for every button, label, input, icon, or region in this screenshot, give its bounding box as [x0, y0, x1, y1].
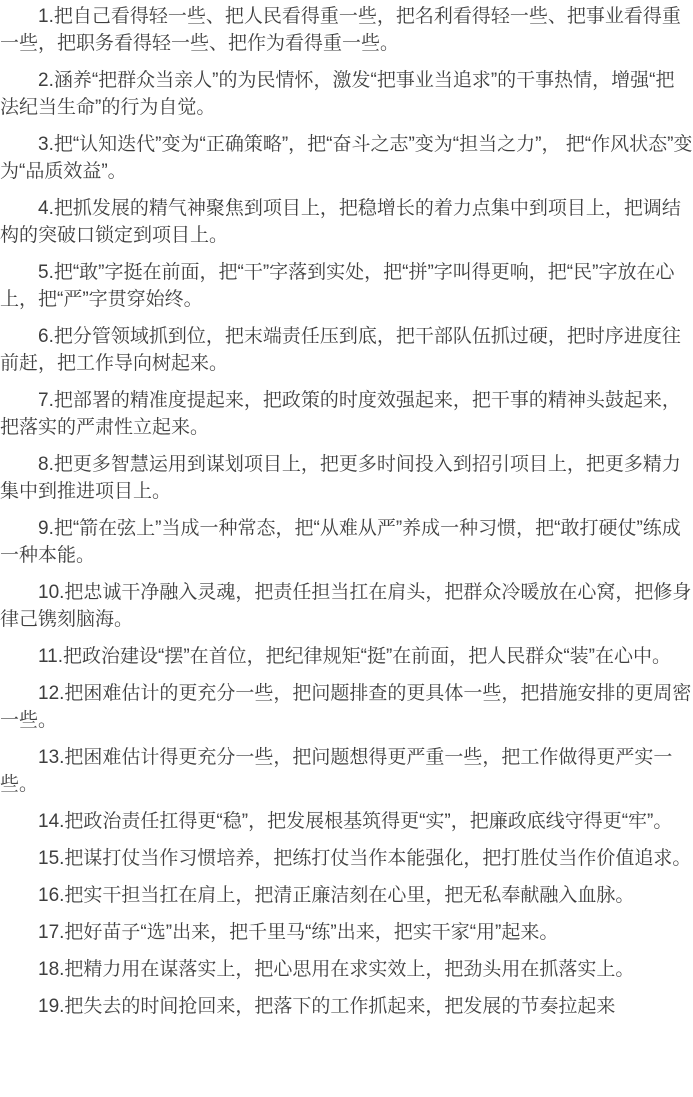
- paragraph: 2.涵养“把群众当亲人”的为民情怀，激发“把事业当追求”的干事热情，增强“把法纪…: [0, 67, 693, 121]
- paragraph: 15.把谋打仗当作习惯培养，把练打仗当作本能强化，把打胜仗当作价值追求。: [0, 845, 693, 872]
- paragraph: 1.把自己看得轻一些、把人民看得重一些，把名利看得轻一些、把事业看得重一些，把职…: [0, 3, 693, 57]
- paragraph: 8.把更多智慧运用到谋划项目上，把更多时间投入到招引项目上，把更多精力集中到推进…: [0, 451, 693, 505]
- paragraph: 9.把“箭在弦上”当成一种常态，把“从难从严”养成一种习惯，把“敢打硬仗”练成一…: [0, 515, 693, 569]
- document-page: 1.把自己看得轻一些、把人民看得重一些，把名利看得轻一些、把事业看得重一些，把职…: [0, 0, 693, 1097]
- paragraph: 17.把好苗子“选”出来，把千里马“练”出来，把实干家“用”起来。: [0, 919, 693, 946]
- paragraph: 14.把政治责任扛得更“稳”，把发展根基筑得更“实”，把廉政底线守得更“牢”。: [0, 808, 693, 835]
- paragraph: 3.把“认知迭代”变为“正确策略”，把“奋斗之志”变为“担当之力”， 把“作风状…: [0, 131, 693, 185]
- paragraph: 13.把困难估计得更充分一些，把问题想得更严重一些，把工作做得更严实一些。: [0, 744, 693, 798]
- paragraph: 10.把忠诚干净融入灵魂，把责任担当扛在肩头，把群众冷暖放在心窝，把修身律己镌刻…: [0, 579, 693, 633]
- paragraph: 19.把失去的时间抢回来，把落下的工作抓起来，把发展的节奏拉起来: [0, 993, 693, 1020]
- paragraph: 5.把“敢”字挺在前面，把“干”字落到实处，把“拼”字叫得更响，把“民”字放在心…: [0, 259, 693, 313]
- paragraph: 18.把精力用在谋落实上，把心思用在求实效上，把劲头用在抓落实上。: [0, 956, 693, 983]
- paragraph: 11.把政治建设“摆”在首位，把纪律规矩“挺”在前面，把人民群众“装”在心中。: [0, 643, 693, 670]
- paragraph: 7.把部署的精准度提起来，把政策的时度效强起来，把干事的精神头鼓起来，把落实的严…: [0, 387, 693, 441]
- paragraph: 4.把抓发展的精气神聚焦到项目上，把稳增长的着力点集中到项目上，把调结构的突破口…: [0, 195, 693, 249]
- paragraph: 6.把分管领域抓到位，把末端责任压到底，把干部队伍抓过硬，把时序进度往前赶，把工…: [0, 323, 693, 377]
- paragraph: 16.把实干担当扛在肩上，把清正廉洁刻在心里，把无私奉献融入血脉。: [0, 882, 693, 909]
- paragraph: 12.把困难估计的更充分一些，把问题排查的更具体一些，把措施安排的更周密一些。: [0, 680, 693, 734]
